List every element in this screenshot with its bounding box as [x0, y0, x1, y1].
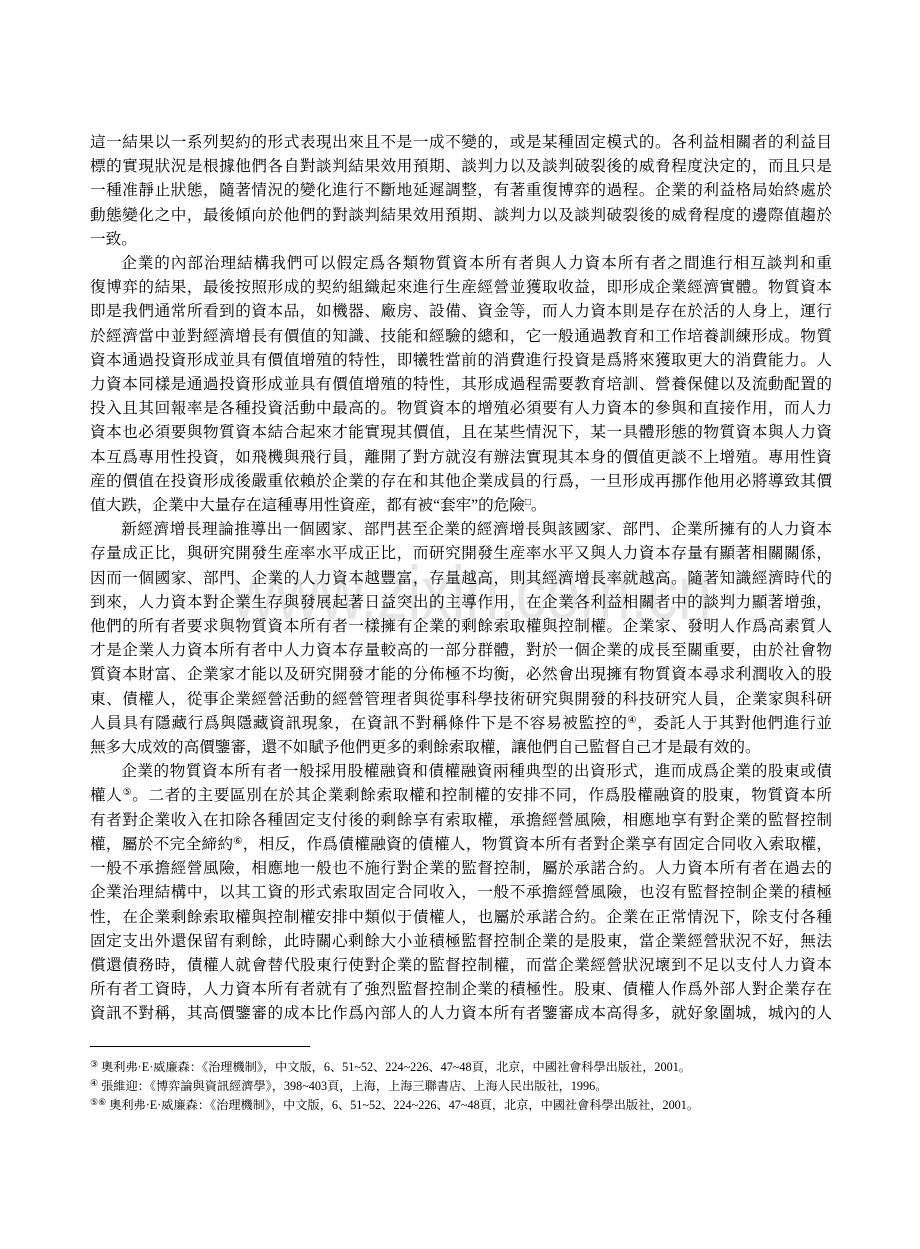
text-line: 即是我們通常所看到的資本品，如機器、廠房、設備、資金等，而人力資本則是存在於活的…	[90, 300, 832, 324]
line-text: 償還債務時，債權人就會替代股東行使對企業的監督控制權，而當企業經營狀況壞到不足以…	[90, 957, 832, 974]
text-line: 有者對企業收入在扣除各種固定支付後的剩餘享有索取權，承擔經營風險，相應地享有對企…	[90, 809, 832, 833]
footnote-marker: ④	[90, 1078, 98, 1088]
line-text: 他們的所有者要求與物質資本所有者一樣擁有企業的剩餘索取權與控制權。企業家、發明人…	[90, 618, 832, 635]
line-text: 。二者的主要區別在於其企業剩餘索取權和控制權的安排不同，作爲股權融資的股東，物質…	[132, 787, 832, 804]
line-text: 即是我們通常所看到的資本品，如機器、廠房、設備、資金等，而人力資本則是存在於活的…	[90, 303, 832, 320]
footnote-ref: ④	[628, 715, 638, 726]
text-line: 到來，人力資本對企業生存與發展起著日益突出的主導作用，在企業各利益相關者中的談判…	[90, 591, 832, 615]
text-line: 質資本財富、企業家才能以及研究開發才能的分佈極不均衡，必然會出現擁有物質資本尋求…	[90, 663, 832, 687]
paragraph: 企業的內部治理結構我們可以假定爲各類物質資本所有者與人力資本所有者之間進行相互談…	[90, 252, 832, 518]
line-text: 一般不承擔經營風險，相應地一般也不施行對企業的監督控制，屬於承諾合約。人力資本所…	[90, 860, 832, 877]
line-text: 存量成正比，與研究開發生産率水平成正比，而研究開發生産率水平又與人力資本存量有顯…	[90, 545, 832, 562]
text-line: 企業的內部治理結構我們可以假定爲各類物質資本所有者與人力資本所有者之間進行相互談…	[90, 252, 832, 276]
footnotes: ③ 奧利弗·E·威廉森：《治理機制》，中文版，6、51~52、224~226、4…	[90, 1058, 832, 1115]
paragraph: 新經濟增長理論推導出一個國家、部門甚至企業的經濟增長與該國家、部門、企業所擁有的…	[90, 518, 832, 760]
line-text: 因而一個國家、部門、企業的人力資本越豐富，存量越高，則其經濟增長率就越高。隨著知…	[90, 570, 832, 587]
line-text: 到來，人力資本對企業生存與發展起著日益突出的主導作用，在企業各利益相關者中的談判…	[90, 594, 832, 611]
text-line: 一般不承擔經營風險，相應地一般也不施行對企業的監督控制，屬於承諾合約。人力資本所…	[90, 857, 832, 881]
footnote-item: ③ 奧利弗·E·威廉森：《治理機制》，中文版，6、51~52、224~226、4…	[90, 1058, 832, 1077]
line-text: 值大跌，企業中大量存在這種專用性資産，都有被“套牢”的危險	[90, 497, 525, 514]
text-line: 償還債務時，債權人就會替代股東行使對企業的監督控制權，而當企業經營狀況壞到不足以…	[90, 954, 832, 978]
text-line: 才是企業人力資本所有者中人力資本存量較高的一部分群體，對於一個企業的成長至關重要…	[90, 639, 832, 663]
text-line: 權人⑤。二者的主要區別在於其企業剩餘索取權和控制權的安排不同，作爲股權融資的股東…	[90, 784, 832, 808]
line-text: 質資本財富、企業家才能以及研究開發才能的分佈極不均衡，必然會出現擁有物質資本尋求…	[90, 666, 832, 683]
line-text: 東、債權人，從事企業經營活動的經營管理者與從事科學技術研究與開發的科技研究人員，…	[90, 691, 832, 708]
footnote-separator	[90, 1046, 310, 1047]
line-text: 權人	[90, 787, 123, 804]
line-text: 資本通過投資形成並具有價值增殖的特性，即犧牲當前的消費進行投資是爲將來獲取更大的…	[90, 352, 832, 369]
text-line: 企業治理結構中，以其工資的形式索取固定合同收入，一般不承擔經營風險，也沒有監督控…	[90, 881, 832, 905]
text-line: 值大跌，企業中大量存在這種專用性資産，都有被“套牢”的危險□。	[90, 494, 832, 518]
text-line: 他們的所有者要求與物質資本所有者一樣擁有企業的剩餘索取權與控制權。企業家、發明人…	[90, 615, 832, 639]
line-text: 復博弈的結果，最後按照形成的契約組織起來進行生産經營並獲取收益，即形成企業經濟實…	[90, 279, 832, 296]
line-text: ，委託人于其對他們進行並	[637, 715, 832, 732]
line-text: 新經濟增長理論推導出一個國家、部門甚至企業的經濟增長與該國家、部門、企業所擁有的…	[121, 521, 832, 538]
text-line: 權，屬於不完全締約⑥，相反，作爲債權融資的債權人，物質資本所有者對企業享有固定合…	[90, 833, 832, 857]
line-text: 人員具有隱藏行爲與隱藏資訊現象，在資訊不對稱條件下是不容易被監控的	[90, 715, 628, 732]
footnote-ref: ⑤	[123, 787, 133, 798]
line-text: 動態變化之中，最後傾向於他們的對談判結果效用預期、談判力以及談判破裂後的威脅程度…	[90, 207, 832, 224]
line-text: 本互爲專用性投資，如飛機與飛行員，離開了對方就沒有辦法實現其本身的價值更談不上增…	[90, 449, 832, 466]
paragraph: 這一結果以一系列契約的形式表現出來且不是一成不變的，或是某種固定模式的。各利益相…	[90, 131, 832, 252]
text-line: 東、債權人，從事企業經營活動的經營管理者與從事科學技術研究與開發的科技研究人員，…	[90, 688, 832, 712]
footnote-text: 奧利弗·E·威廉森：《治理機制》，中文版，6、51~52、224~226、47~…	[98, 1060, 691, 1074]
line-text: 標的實現狀況是根據他們各自對談判結果效用預期、談判力以及談判破裂後的威脅程度決定…	[90, 158, 832, 175]
line-text: 力資本同樣是通過投資形成並具有價值增殖的特性，其形成過程需要教育培訓、營養保健以…	[90, 376, 832, 393]
line-text: 才是企業人力資本所有者中人力資本存量較高的一部分群體，對於一個企業的成長至關重要…	[90, 642, 832, 659]
line-text: 於經濟當中並對經濟增長有價值的知識、技能和經驗的總和，它一般通過教育和工作培養訓…	[90, 328, 832, 345]
line-text: 。	[531, 497, 547, 514]
line-text: 産的價值在投資形成後嚴重依賴於企業的存在和其他企業成員的行爲，一旦形成再挪作他用…	[90, 473, 832, 490]
footnote-item: ⑤⑥ 奧利弗·E·威廉森：《治理機制》，中文版，6、51~52、224~226、…	[90, 1096, 832, 1115]
text-line: 人員具有隱藏行爲與隱藏資訊現象，在資訊不對稱條件下是不容易被監控的④，委託人于其…	[90, 712, 832, 736]
text-line: 資訊不對稱，其高價鑒審的成本比作爲內部人的人力資本所有者鑒審成本高得多，就好象圍…	[90, 1002, 832, 1026]
footnote-text: 奧利弗·E·威廉森：《治理機制》，中文版，6、51~52、224~226、47~…	[106, 1098, 699, 1112]
line-text: 這一結果以一系列契約的形式表現出來且不是一成不變的，或是某種固定模式的。各利益相…	[90, 134, 832, 151]
text-line: 復博弈的結果，最後按照形成的契約組織起來進行生産經營並獲取收益，即形成企業經濟實…	[90, 276, 832, 300]
body-text: 這一結果以一系列契約的形式表現出來且不是一成不變的，或是某種固定模式的。各利益相…	[90, 131, 832, 1027]
line-text: 無多大成效的高價鑒審，還不如賦予他們更多的剩餘索取權，讓他們自己監督自己才是最有…	[90, 739, 761, 756]
text-line: 存量成正比，與研究開發生産率水平成正比，而研究開發生産率水平又與人力資本存量有顯…	[90, 542, 832, 566]
text-line: 動態變化之中，最後傾向於他們的對談判結果效用預期、談判力以及談判破裂後的威脅程度…	[90, 204, 832, 228]
line-text: 企業的物質資本所有者一般採用股權融資和債權融資兩種典型的出資形式，進而成爲企業的…	[121, 763, 832, 780]
text-line: 新經濟增長理論推導出一個國家、部門甚至企業的經濟增長與該國家、部門、企業所擁有的…	[90, 518, 832, 542]
line-text: 有者對企業收入在扣除各種固定支付後的剩餘享有索取權，承擔經營風險，相應地享有對企…	[90, 812, 832, 829]
footnote-item: ④ 張維迎：《博弈論與資訊經濟學》，398~403頁，上海，上海三聯書店、上海人…	[90, 1077, 832, 1096]
text-line: 資本也必須要與物質資本結合起來才能實現其價值，且在某些情況下，某一具體形態的物質…	[90, 421, 832, 445]
line-text: 企業治理結構中，以其工資的形式索取固定合同收入，一般不承擔經營風險，也沒有監督控…	[90, 884, 832, 901]
text-line: 企業的物質資本所有者一般採用股權融資和債權融資兩種典型的出資形式，進而成爲企業的…	[90, 760, 832, 784]
line-text: 權，屬於不完全締約	[90, 836, 233, 853]
text-line: 本互爲專用性投資，如飛機與飛行員，離開了對方就沒有辦法實現其本身的價值更談不上增…	[90, 446, 832, 470]
line-text: 一種准靜止狀態，隨著情況的變化進行不斷地延遲調整，有著重復博弈的過程。企業的利益…	[90, 182, 832, 199]
footnote-marker: ⑤⑥	[90, 1097, 106, 1107]
text-line: 這一結果以一系列契約的形式表現出來且不是一成不變的，或是某種固定模式的。各利益相…	[90, 131, 832, 155]
line-text: 所有者工資時，人力資本所有者就有了強烈監督控制企業的積極性。股東、債權人作爲外部…	[90, 981, 832, 998]
line-text: 一致。	[90, 231, 137, 248]
text-line: 於經濟當中並對經濟增長有價值的知識、技能和經驗的總和，它一般通過教育和工作培養訓…	[90, 325, 832, 349]
text-line: 標的實現狀況是根據他們各自對談判結果效用預期、談判力以及談判破裂後的威脅程度決定…	[90, 155, 832, 179]
line-text: 性，在企業剩餘索取權與控制權安排中類似于債權人，也屬於承諾合約。企業在正常情況下…	[90, 909, 832, 926]
line-text: ，相反，作爲債權融資的債權人，物質資本所有者對企業享有固定合同收入索取權，	[243, 836, 832, 853]
text-line: 力資本同樣是通過投資形成並具有價值增殖的特性，其形成過程需要教育培訓、營養保健以…	[90, 373, 832, 397]
footnote-text: 張維迎：《博弈論與資訊經濟學》，398~403頁，上海，上海三聯書店、上海人民出…	[98, 1079, 607, 1093]
line-text: 資訊不對稱，其高價鑒審的成本比作爲內部人的人力資本所有者鑒審成本高得多，就好象圍…	[90, 1005, 832, 1022]
line-text: 固定支出外還保留有剩餘，此時關心剩餘大小並積極監督控制企業的是股東，當企業經營狀…	[90, 933, 832, 950]
text-line: 固定支出外還保留有剩餘，此時關心剩餘大小並積極監督控制企業的是股東，當企業經營狀…	[90, 930, 832, 954]
line-text: 投入且其回報率是各種投資活動中最高的。物質資本的增殖必須要有人力資本的參與和直接…	[90, 400, 832, 417]
paragraph: 企業的物質資本所有者一般採用股權融資和債權融資兩種典型的出資形式，進而成爲企業的…	[90, 760, 832, 1026]
text-line: 資本通過投資形成並具有價值增殖的特性，即犧牲當前的消費進行投資是爲將來獲取更大的…	[90, 349, 832, 373]
text-line: 一種准靜止狀態，隨著情況的變化進行不斷地延遲調整，有著重復博弈的過程。企業的利益…	[90, 179, 832, 203]
footnote-ref: ⑥	[233, 836, 242, 847]
footnote-marker: ③	[90, 1059, 98, 1069]
text-line: 無多大成效的高價鑒審，還不如賦予他們更多的剩餘索取權，讓他們自己監督自己才是最有…	[90, 736, 832, 760]
text-line: 所有者工資時，人力資本所有者就有了強烈監督控制企業的積極性。股東、債權人作爲外部…	[90, 978, 832, 1002]
text-line: 性，在企業剩餘索取權與控制權安排中類似于債權人，也屬於承諾合約。企業在正常情況下…	[90, 906, 832, 930]
text-line: 産的價值在投資形成後嚴重依賴於企業的存在和其他企業成員的行爲，一旦形成再挪作他用…	[90, 470, 832, 494]
text-line: 投入且其回報率是各種投資活動中最高的。物質資本的增殖必須要有人力資本的參與和直接…	[90, 397, 832, 421]
text-line: 因而一個國家、部門、企業的人力資本越豐富，存量越高，則其經濟增長率就越高。隨著知…	[90, 567, 832, 591]
text-line: 一致。	[90, 228, 832, 252]
line-text: 資本也必須要與物質資本結合起來才能實現其價值，且在某些情況下，某一具體形態的物質…	[90, 424, 832, 441]
line-text: 企業的內部治理結構我們可以假定爲各類物質資本所有者與人力資本所有者之間進行相互談…	[121, 255, 832, 272]
